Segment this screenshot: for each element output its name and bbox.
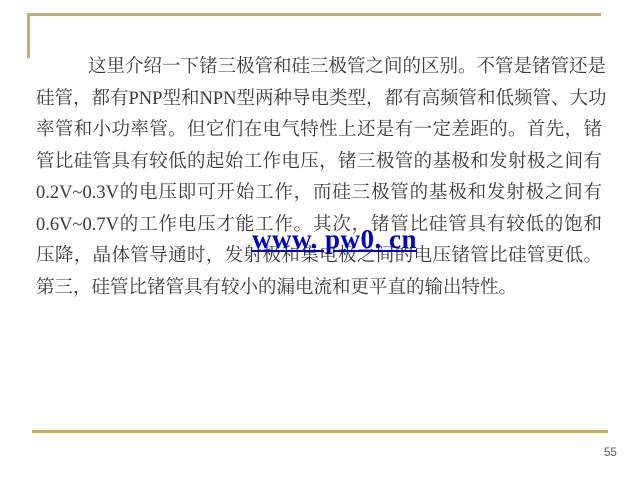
page-number: 55 bbox=[604, 447, 628, 459]
bottom-rule bbox=[32, 430, 608, 433]
text-line: 率管和小功率管。但它们在电气特性上还是有一定差距的。首先，锗 bbox=[36, 115, 602, 147]
text-line: 硅管，都有PNP型和NPN型两种导电类型，都有高频管和低频管、大功 bbox=[36, 84, 602, 116]
top-rule bbox=[27, 13, 601, 16]
text-line: 这里介绍一下锗三极管和硅三极管之间的区别。不管是锗管还是 bbox=[36, 52, 602, 84]
text-line: 管比硅管具有较低的起始工作电压，锗三极管的基极和发射极之间有 bbox=[36, 147, 602, 179]
text-line: 0.2V~0.3V的电压即可开始工作，而硅三极管的基极和发射极之间有 bbox=[36, 178, 602, 210]
text-line: 第三，硅管比锗管具有较小的漏电流和更平直的输出特性。 bbox=[36, 273, 602, 305]
body-text: 这里介绍一下锗三极管和硅三极管之间的区别。不管是锗管还是 硅管，都有PNP型和N… bbox=[36, 52, 602, 304]
left-corner-rule bbox=[27, 13, 30, 58]
watermark-link: www. pw0. cn bbox=[252, 224, 417, 255]
slide: 这里介绍一下锗三极管和硅三极管之间的区别。不管是锗管还是 硅管，都有PNP型和N… bbox=[0, 0, 640, 480]
